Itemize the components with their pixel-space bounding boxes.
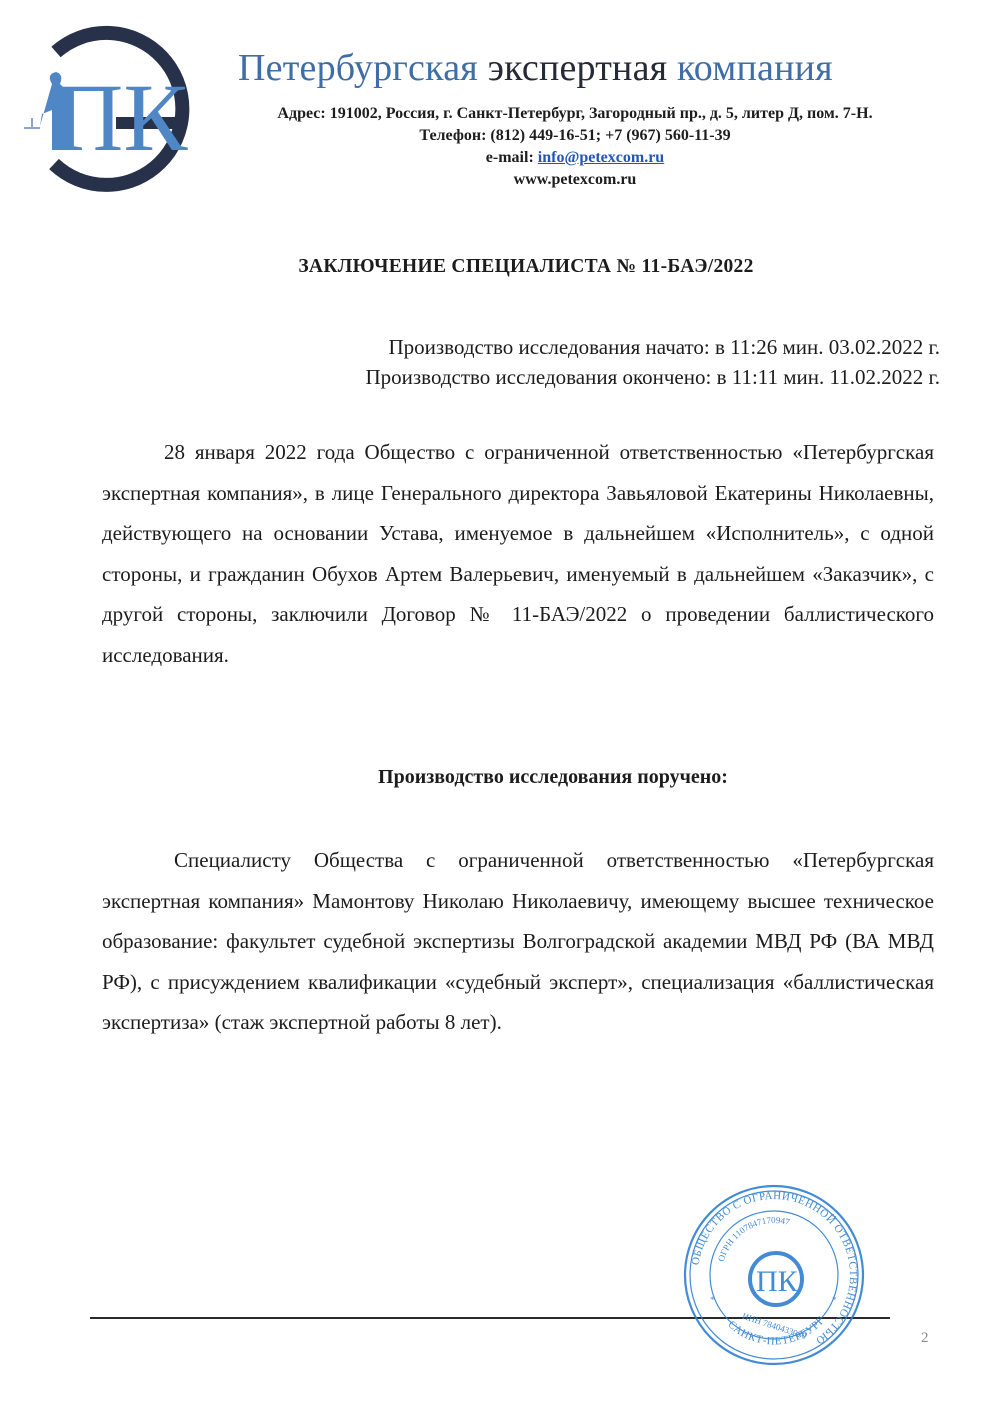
company-name: Петербургская экспертная компания — [238, 46, 908, 90]
address: Адрес: 191002, Россия, г. Санкт-Петербур… — [210, 103, 940, 125]
stamp-seal-icon: ОБЩЕСТВО С ОГРАНИЧЕННОЙ ОТВЕТСТВЕННОСТЬЮ… — [682, 1183, 866, 1367]
email-line: e-mail: info@petexcom.ru — [210, 147, 940, 169]
page-number: 2 — [921, 1330, 929, 1347]
contract-paragraph: 28 января 2022 года Общество с ограничен… — [102, 432, 934, 675]
svg-text:ПК: ПК — [756, 1265, 799, 1298]
company-logo: ПК — [16, 22, 192, 192]
company-name-part3: компания — [677, 47, 833, 89]
company-stamp: ОБЩЕСТВО С ОГРАНИЧЕННОЙ ОТВЕТСТВЕННОСТЬЮ… — [682, 1183, 866, 1367]
svg-text:*: * — [832, 1295, 837, 1305]
svg-text:ПК: ПК — [54, 64, 188, 171]
company-contacts: Адрес: 191002, Россия, г. Санкт-Петербур… — [210, 103, 940, 191]
pek-logo-icon: ПК — [16, 22, 192, 192]
svg-text:*: * — [710, 1295, 715, 1305]
phone: Телефон: (812) 449-16-51; +7 (967) 560-1… — [210, 125, 940, 147]
email-label: e-mail: — [486, 149, 538, 166]
research-started: Производство исследования начато: в 11:2… — [365, 332, 940, 362]
specialist-paragraph: Специалисту Общества с ограниченной отве… — [102, 840, 934, 1043]
email-link[interactable]: info@petexcom.ru — [538, 149, 664, 166]
website: www.petexcom.ru — [210, 169, 940, 191]
research-timing: Производство исследования начато: в 11:2… — [365, 332, 940, 392]
section-heading: Производство исследования поручено: — [0, 766, 1000, 789]
research-finished: Производство исследования окончено: в 11… — [365, 362, 940, 392]
company-name-part1: Петербургская — [238, 47, 478, 89]
document-title: ЗАКЛЮЧЕНИЕ СПЕЦИАЛИСТА № 11-БАЭ/2022 — [0, 256, 1000, 278]
company-name-part2: экспертная — [488, 47, 668, 89]
svg-text:ОГРН 1107847170947: ОГРН 1107847170947 — [716, 1215, 791, 1263]
